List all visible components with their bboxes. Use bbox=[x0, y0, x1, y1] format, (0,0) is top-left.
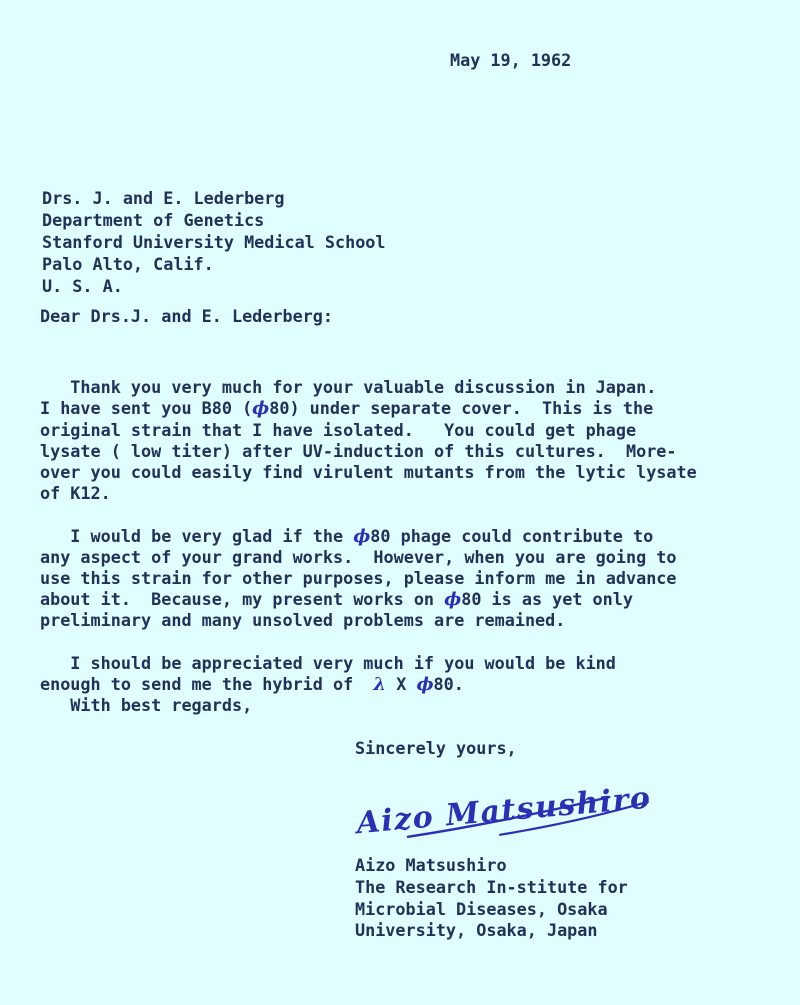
address-line: Stanford University Medical School bbox=[42, 232, 386, 254]
body-paragraph: I should be appreciated very much if you… bbox=[40, 653, 697, 695]
body-paragraph: Thank you very much for your valuable di… bbox=[40, 377, 697, 504]
address-line: U. S. A. bbox=[42, 276, 386, 298]
handwritten-symbol: ϕ bbox=[444, 589, 461, 610]
typed-text: lysate ( low titer) after UV-induction o… bbox=[40, 441, 677, 461]
body-line: any aspect of your grand works. However,… bbox=[40, 547, 697, 568]
typed-text: 80. bbox=[434, 674, 464, 694]
date-line: May 19, 1962 bbox=[450, 50, 571, 71]
salutation: Dear Drs.J. and E. Lederberg: bbox=[40, 306, 333, 327]
handwritten-symbol: ϕ bbox=[353, 526, 370, 547]
typed-text: use this strain for other purposes, plea… bbox=[40, 568, 677, 588]
body-line: preliminary and many unsolved problems a… bbox=[40, 610, 697, 631]
typed-text: 80 phage could contribute to bbox=[370, 526, 653, 546]
typed-text: I should be appreciated very much if you… bbox=[40, 653, 616, 673]
body-line: use this strain for other purposes, plea… bbox=[40, 568, 697, 589]
body-line: about it. Because, my present works on ϕ… bbox=[40, 589, 697, 610]
typed-text: over you could easily find virulent muta… bbox=[40, 462, 697, 482]
address-line: Drs. J. and E. Lederberg bbox=[42, 188, 386, 210]
typed-text: I have sent you B80 ( bbox=[40, 398, 252, 418]
body-line: of K12. bbox=[40, 483, 697, 504]
valediction: Sincerely yours, bbox=[355, 738, 517, 759]
handwritten-symbol: ϕ bbox=[252, 398, 269, 419]
typed-text: original strain that I have isolated. Yo… bbox=[40, 420, 636, 440]
signature-block-line: University, Osaka, Japan bbox=[355, 920, 628, 942]
body-line: lysate ( low titer) after UV-induction o… bbox=[40, 441, 697, 462]
signature-block: Aizo MatsushiroThe Research In-stitute f… bbox=[355, 855, 628, 942]
body-line: I should be appreciated very much if you… bbox=[40, 653, 697, 674]
typed-text: preliminary and many unsolved problems a… bbox=[40, 610, 565, 630]
typed-text: 80 is as yet only bbox=[461, 589, 633, 609]
recipient-address: Drs. J. and E. LederbergDepartment of Ge… bbox=[42, 188, 386, 298]
body-line: original strain that I have isolated. Yo… bbox=[40, 420, 697, 441]
body-line: I have sent you B80 (ϕ80) under separate… bbox=[40, 398, 697, 419]
address-line: Department of Genetics bbox=[42, 210, 386, 232]
signature-block-line: Aizo Matsushiro bbox=[355, 855, 628, 877]
signature-block-line: Microbial Diseases, Osaka bbox=[355, 899, 628, 921]
body-line: Thank you very much for your valuable di… bbox=[40, 377, 697, 398]
signature-block-line: The Research In-stitute for bbox=[355, 877, 628, 899]
address-line: Palo Alto, Calif. bbox=[42, 254, 386, 276]
handwritten-symbol: λ bbox=[373, 674, 386, 695]
body-line: enough to send me the hybrid of λ X ϕ80. bbox=[40, 674, 697, 695]
letter-body: Thank you very much for your valuable di… bbox=[40, 356, 697, 716]
body-line: over you could easily find virulent muta… bbox=[40, 462, 697, 483]
letter-page: { "page": { "background_color": "#e0fdff… bbox=[0, 0, 800, 1005]
typed-text: enough to send me the hybrid of bbox=[40, 674, 373, 694]
signature-name-text: Aizo Matsushiro bbox=[352, 781, 653, 842]
closing-line: With best regards, bbox=[40, 695, 252, 716]
typed-text: of K12. bbox=[40, 483, 111, 503]
signature-icon: Aizo Matsushiro bbox=[348, 778, 670, 842]
typed-text: Thank you very much for your valuable di… bbox=[40, 377, 656, 397]
handwritten-symbol: ϕ bbox=[416, 674, 433, 695]
typed-text: any aspect of your grand works. However,… bbox=[40, 547, 677, 567]
typed-text: 80) under separate cover. This is the bbox=[269, 398, 653, 418]
typed-text: I would be very glad if the bbox=[40, 526, 353, 546]
body-line: I would be very glad if the ϕ80 phage co… bbox=[40, 526, 697, 547]
body-paragraph: I would be very glad if the ϕ80 phage co… bbox=[40, 526, 697, 632]
handwritten-signature: Aizo Matsushiro bbox=[348, 778, 670, 842]
typed-text: about it. Because, my present works on bbox=[40, 589, 444, 609]
typed-text: X bbox=[386, 674, 416, 694]
